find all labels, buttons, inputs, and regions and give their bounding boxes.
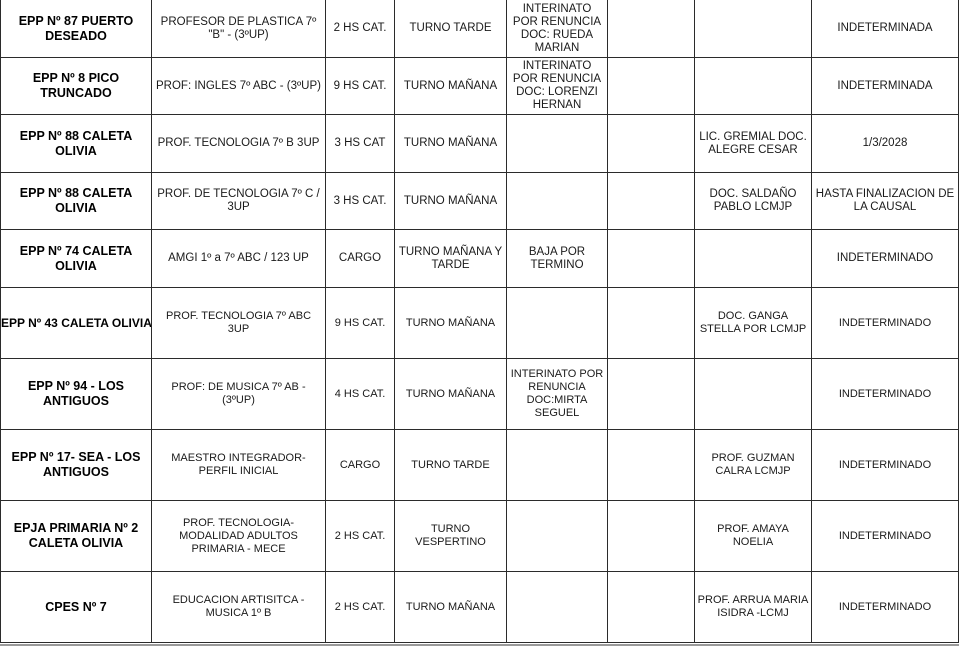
hours-cell: 9 HS CAT. xyxy=(326,288,395,359)
school-cell: EPP Nº 74 CALETA OLIVIA xyxy=(1,230,152,288)
empty-cell xyxy=(608,115,695,173)
position-cell: EDUCACION ARTISITCA -MUSICA 1º B xyxy=(152,572,326,643)
school-cell: EPP Nº 88 CALETA OLIVIA xyxy=(1,173,152,230)
position-cell: PROFESOR DE PLASTICA 7º "B" - (3ºUP) xyxy=(152,0,326,58)
reason-cell: INTERINATO POR RENUNCIA DOC: RUEDA MARIA… xyxy=(507,0,608,58)
table-row: EPP Nº 8 PICO TRUNCADOPROF: INGLES 7º AB… xyxy=(1,58,959,115)
table-row: EPP Nº 87 PUERTO DESEADOPROFESOR DE PLAS… xyxy=(1,0,959,58)
term-cell: INDETERMINADO xyxy=(812,501,959,572)
empty-cell xyxy=(608,572,695,643)
table-row: EPJA PRIMARIA Nº 2 CALETA OLIVIAPROF. TE… xyxy=(1,501,959,572)
school-cell: EPP Nº 43 CALETA OLIVIA xyxy=(1,288,152,359)
shift-cell: TURNO VESPERTINO xyxy=(395,501,507,572)
position-cell: PROF. TECNOLOGIA- MODALIDAD ADULTOS PRIM… xyxy=(152,501,326,572)
term-cell: INDETERMINADO xyxy=(812,572,959,643)
table-row: EPP Nº 88 CALETA OLIVIAPROF. DE TECNOLOG… xyxy=(1,173,959,230)
replaces-cell: PROF. GUZMAN CALRA LCMJP xyxy=(695,430,812,501)
hours-cell: CARGO xyxy=(326,430,395,501)
table-bottom-shadow xyxy=(0,644,959,646)
shift-cell: TURNO MAÑANA xyxy=(395,173,507,230)
hours-cell: 2 HS CAT. xyxy=(326,501,395,572)
school-cell: EPP Nº 88 CALETA OLIVIA xyxy=(1,115,152,173)
school-cell: EPP Nº 87 PUERTO DESEADO xyxy=(1,0,152,58)
reason-cell xyxy=(507,430,608,501)
hours-cell: 3 HS CAT xyxy=(326,115,395,173)
position-cell: PROF. DE TECNOLOGIA 7º C / 3UP xyxy=(152,173,326,230)
reason-cell xyxy=(507,115,608,173)
table-row: EPP Nº 17- SEA - LOS ANTIGUOSMAESTRO INT… xyxy=(1,430,959,501)
position-cell: MAESTRO INTEGRADOR- PERFIL INICIAL xyxy=(152,430,326,501)
reason-cell: INTERINATO POR RENUNCIA DOC:MIRTA SEGUEL xyxy=(507,359,608,430)
table-row: EPP Nº 74 CALETA OLIVIAAMGI 1º a 7º ABC … xyxy=(1,230,959,288)
replaces-cell xyxy=(695,58,812,115)
school-cell: EPP Nº 94 - LOS ANTIGUOS xyxy=(1,359,152,430)
shift-cell: TURNO TARDE xyxy=(395,0,507,58)
reason-cell xyxy=(507,572,608,643)
hours-cell: 4 HS CAT. xyxy=(326,359,395,430)
empty-cell xyxy=(608,230,695,288)
reason-cell xyxy=(507,288,608,359)
position-cell: AMGI 1º a 7º ABC / 123 UP xyxy=(152,230,326,288)
shift-cell: TURNO MAÑANA xyxy=(395,572,507,643)
shift-cell: TURNO MAÑANA xyxy=(395,58,507,115)
school-cell: CPES Nº 7 xyxy=(1,572,152,643)
hours-cell: 9 HS CAT. xyxy=(326,58,395,115)
replaces-cell: PROF. ARRUA MARIA ISIDRA -LCMJ xyxy=(695,572,812,643)
term-cell: INDETERMINADO xyxy=(812,430,959,501)
term-cell: INDETERMINADA xyxy=(812,0,959,58)
reason-cell xyxy=(507,501,608,572)
hours-cell: CARGO xyxy=(326,230,395,288)
empty-cell xyxy=(608,430,695,501)
replaces-cell xyxy=(695,359,812,430)
replaces-cell: LIC. GREMIAL DOC. ALEGRE CESAR xyxy=(695,115,812,173)
empty-cell xyxy=(608,173,695,230)
table-row: EPP Nº 43 CALETA OLIVIAPROF. TECNOLOGIA … xyxy=(1,288,959,359)
table-body: EPP Nº 87 PUERTO DESEADOPROFESOR DE PLAS… xyxy=(1,0,959,643)
school-cell: EPP Nº 8 PICO TRUNCADO xyxy=(1,58,152,115)
empty-cell xyxy=(608,288,695,359)
shift-cell: TURNO MAÑANA xyxy=(395,359,507,430)
empty-cell xyxy=(608,0,695,58)
term-cell: INDETERMINADO xyxy=(812,359,959,430)
hours-cell: 2 HS CAT. xyxy=(326,572,395,643)
replaces-cell: DOC. GANGA STELLA POR LCMJP xyxy=(695,288,812,359)
hours-cell: 3 HS CAT. xyxy=(326,173,395,230)
term-cell: INDETERMINADO xyxy=(812,288,959,359)
empty-cell xyxy=(608,501,695,572)
shift-cell: TURNO MAÑANA xyxy=(395,115,507,173)
shift-cell: TURNO MAÑANA xyxy=(395,288,507,359)
table-row: EPP Nº 88 CALETA OLIVIAPROF. TECNOLOGIA … xyxy=(1,115,959,173)
replaces-cell: PROF. AMAYA NOELIA xyxy=(695,501,812,572)
position-cell: PROF: DE MUSICA 7º AB - (3ºUP) xyxy=(152,359,326,430)
position-cell: PROF: INGLES 7º ABC - (3ºUP) xyxy=(152,58,326,115)
reason-cell: BAJA POR TERMINO xyxy=(507,230,608,288)
replaces-cell xyxy=(695,0,812,58)
school-cell: EPP Nº 17- SEA - LOS ANTIGUOS xyxy=(1,430,152,501)
term-cell: INDETERMINADA xyxy=(812,58,959,115)
replaces-cell xyxy=(695,230,812,288)
table-row: CPES Nº 7EDUCACION ARTISITCA -MUSICA 1º … xyxy=(1,572,959,643)
term-cell: INDETERMINADO xyxy=(812,230,959,288)
shift-cell: TURNO MAÑANA Y TARDE xyxy=(395,230,507,288)
shift-cell: TURNO TARDE xyxy=(395,430,507,501)
hours-cell: 2 HS CAT. xyxy=(326,0,395,58)
replaces-cell: DOC. SALDAÑO PABLO LCMJP xyxy=(695,173,812,230)
position-cell: PROF. TECNOLOGIA 7º B 3UP xyxy=(152,115,326,173)
school-cell: EPJA PRIMARIA Nº 2 CALETA OLIVIA xyxy=(1,501,152,572)
position-cell: PROF. TECNOLOGIA 7º ABC 3UP xyxy=(152,288,326,359)
table-row: EPP Nº 94 - LOS ANTIGUOSPROF: DE MUSICA … xyxy=(1,359,959,430)
vacancies-table: EPP Nº 87 PUERTO DESEADOPROFESOR DE PLAS… xyxy=(0,0,959,643)
reason-cell xyxy=(507,173,608,230)
empty-cell xyxy=(608,359,695,430)
reason-cell: INTERINATO POR RENUNCIA DOC: LORENZI HER… xyxy=(507,58,608,115)
term-cell: 1/3/2028 xyxy=(812,115,959,173)
term-cell: HASTA FINALIZACION DE LA CAUSAL xyxy=(812,173,959,230)
empty-cell xyxy=(608,58,695,115)
